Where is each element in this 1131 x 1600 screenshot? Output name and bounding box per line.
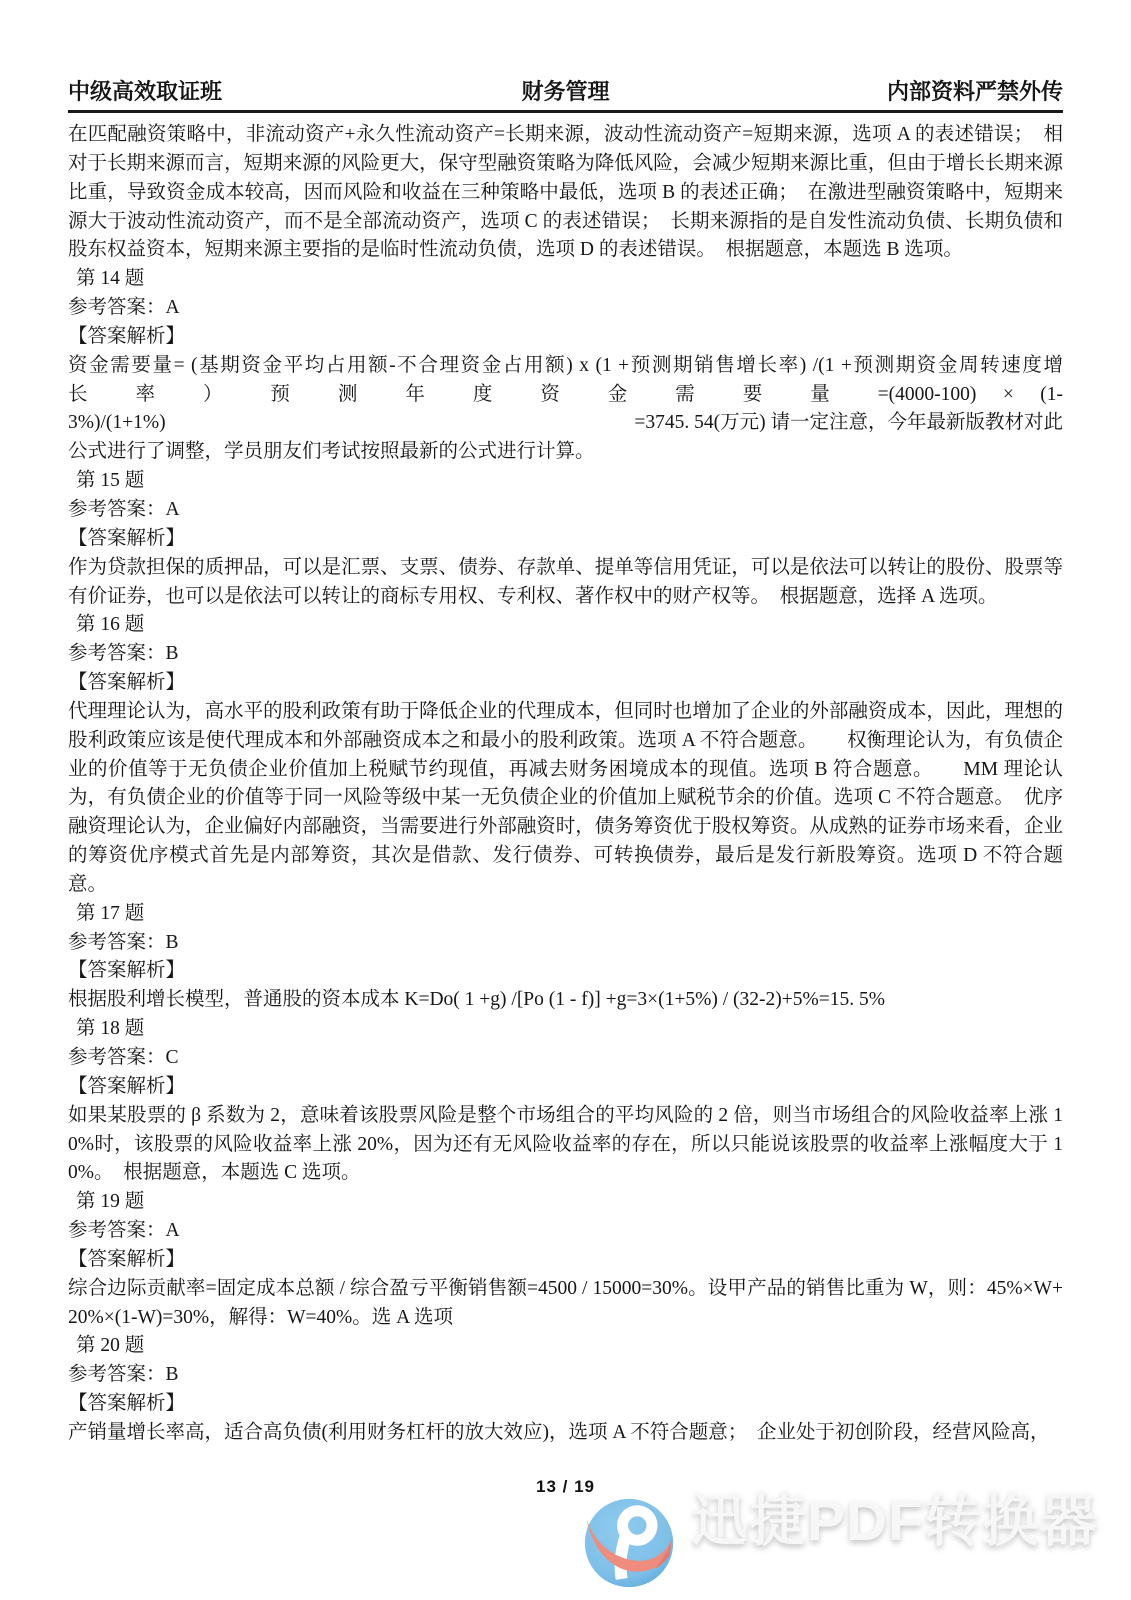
q18-analysis: 如果某股票的 β 系数为 2，意味着该股票风险是整个市场组合的平均风险的 2 倍… — [68, 1102, 1063, 1189]
q19-number: 第 19 题 — [68, 1188, 1063, 1217]
q14-analysis-title: 【答案解析】 — [68, 323, 1063, 352]
document-page: 中级高效取证班 财务管理 内部资料严禁外传 在匹配融资策略中，非流动资产+永久性… — [0, 0, 1131, 1600]
q15-number: 第 15 题 — [68, 467, 1063, 496]
q16-answer: 参考答案：B — [68, 640, 1063, 669]
q14-formula-line4: 公式进行了调整，学员朋友们考试按照最新的公式进行计算。 — [68, 438, 1063, 467]
q16-number: 第 16 题 — [68, 611, 1063, 640]
pdf-converter-watermark-text: 迅捷PDF转换器 — [691, 1489, 1098, 1553]
page-header: 中级高效取证班 财务管理 内部资料严禁外传 — [68, 78, 1063, 113]
q19-answer: 参考答案：A — [68, 1217, 1063, 1246]
q18-analysis-title: 【答案解析】 — [68, 1073, 1063, 1102]
q14-formula-line2: 长 率 ） 预 测 年 度 资 金 需 要 量 =(4000-100) × (1… — [68, 381, 1063, 410]
q13-explanation-tail: 在匹配融资策略中，非流动资产+永久性流动资产=长期来源，波动性流动资产=短期来源… — [68, 121, 1063, 265]
pdf-converter-logo-icon — [583, 1497, 675, 1589]
q17-answer: 参考答案：B — [68, 929, 1063, 958]
q14-formula-line3-left: 3%)/(1+1%) — [68, 409, 166, 438]
header-subject: 财务管理 — [521, 78, 609, 106]
q15-answer: 参考答案：A — [68, 496, 1063, 525]
q15-analysis-title: 【答案解析】 — [68, 525, 1063, 554]
q20-analysis: 产销量增长率高，适合高负债(利用财务杠杆的放大效应)，选项 A 不符合题意； 企… — [68, 1419, 1063, 1448]
q19-analysis: 综合边际贡献率=固定成本总额 / 综合盈亏平衡销售额=4500 / 15000=… — [68, 1275, 1063, 1333]
q16-analysis-title: 【答案解析】 — [68, 669, 1063, 698]
q20-number: 第 20 题 — [68, 1332, 1063, 1361]
q16-analysis: 代理理论认为，高水平的股利政策有助于降低企业的代理成本，但同时也增加了企业的外部… — [68, 698, 1063, 900]
q14-number: 第 14 题 — [68, 265, 1063, 294]
pdf-converter-watermark: 迅捷PDF转换器 — [583, 1497, 1098, 1589]
q14-formula-line3-right: =3745. 54(万元) 请一定注意，今年最新版教材对此 — [634, 409, 1063, 438]
q14-formula-line3: 3%)/(1+1%) =3745. 54(万元) 请一定注意，今年最新版教材对此 — [68, 409, 1063, 438]
document-body: 在匹配融资策略中，非流动资产+永久性流动资产=长期来源，波动性流动资产=短期来源… — [68, 121, 1063, 1448]
q20-analysis-title: 【答案解析】 — [68, 1390, 1063, 1419]
q17-analysis: 根据股利增长模型，普通股的资本成本 K=Do( 1 +g) /[Po (1 - … — [68, 986, 1063, 1015]
header-course: 中级高效取证班 — [68, 78, 521, 106]
q18-answer: 参考答案：C — [68, 1044, 1063, 1073]
q15-analysis: 作为贷款担保的质押品，可以是汇票、支票、债券、存款单、提单等信用凭证，可以是依法… — [68, 554, 1063, 612]
q20-answer: 参考答案：B — [68, 1361, 1063, 1390]
q14-answer: 参考答案：A — [68, 294, 1063, 323]
page-number: 13 / 19 — [0, 1477, 1131, 1497]
header-notice: 内部资料严禁外传 — [610, 78, 1064, 106]
q17-number: 第 17 题 — [68, 900, 1063, 929]
q19-analysis-title: 【答案解析】 — [68, 1246, 1063, 1275]
q14-formula-line1: 资金需要量= (基期资金平均占用额-不合理资金占用额) x (1 +预测期销售增… — [68, 352, 1063, 381]
q17-analysis-title: 【答案解析】 — [68, 957, 1063, 986]
q18-number: 第 18 题 — [68, 1015, 1063, 1044]
